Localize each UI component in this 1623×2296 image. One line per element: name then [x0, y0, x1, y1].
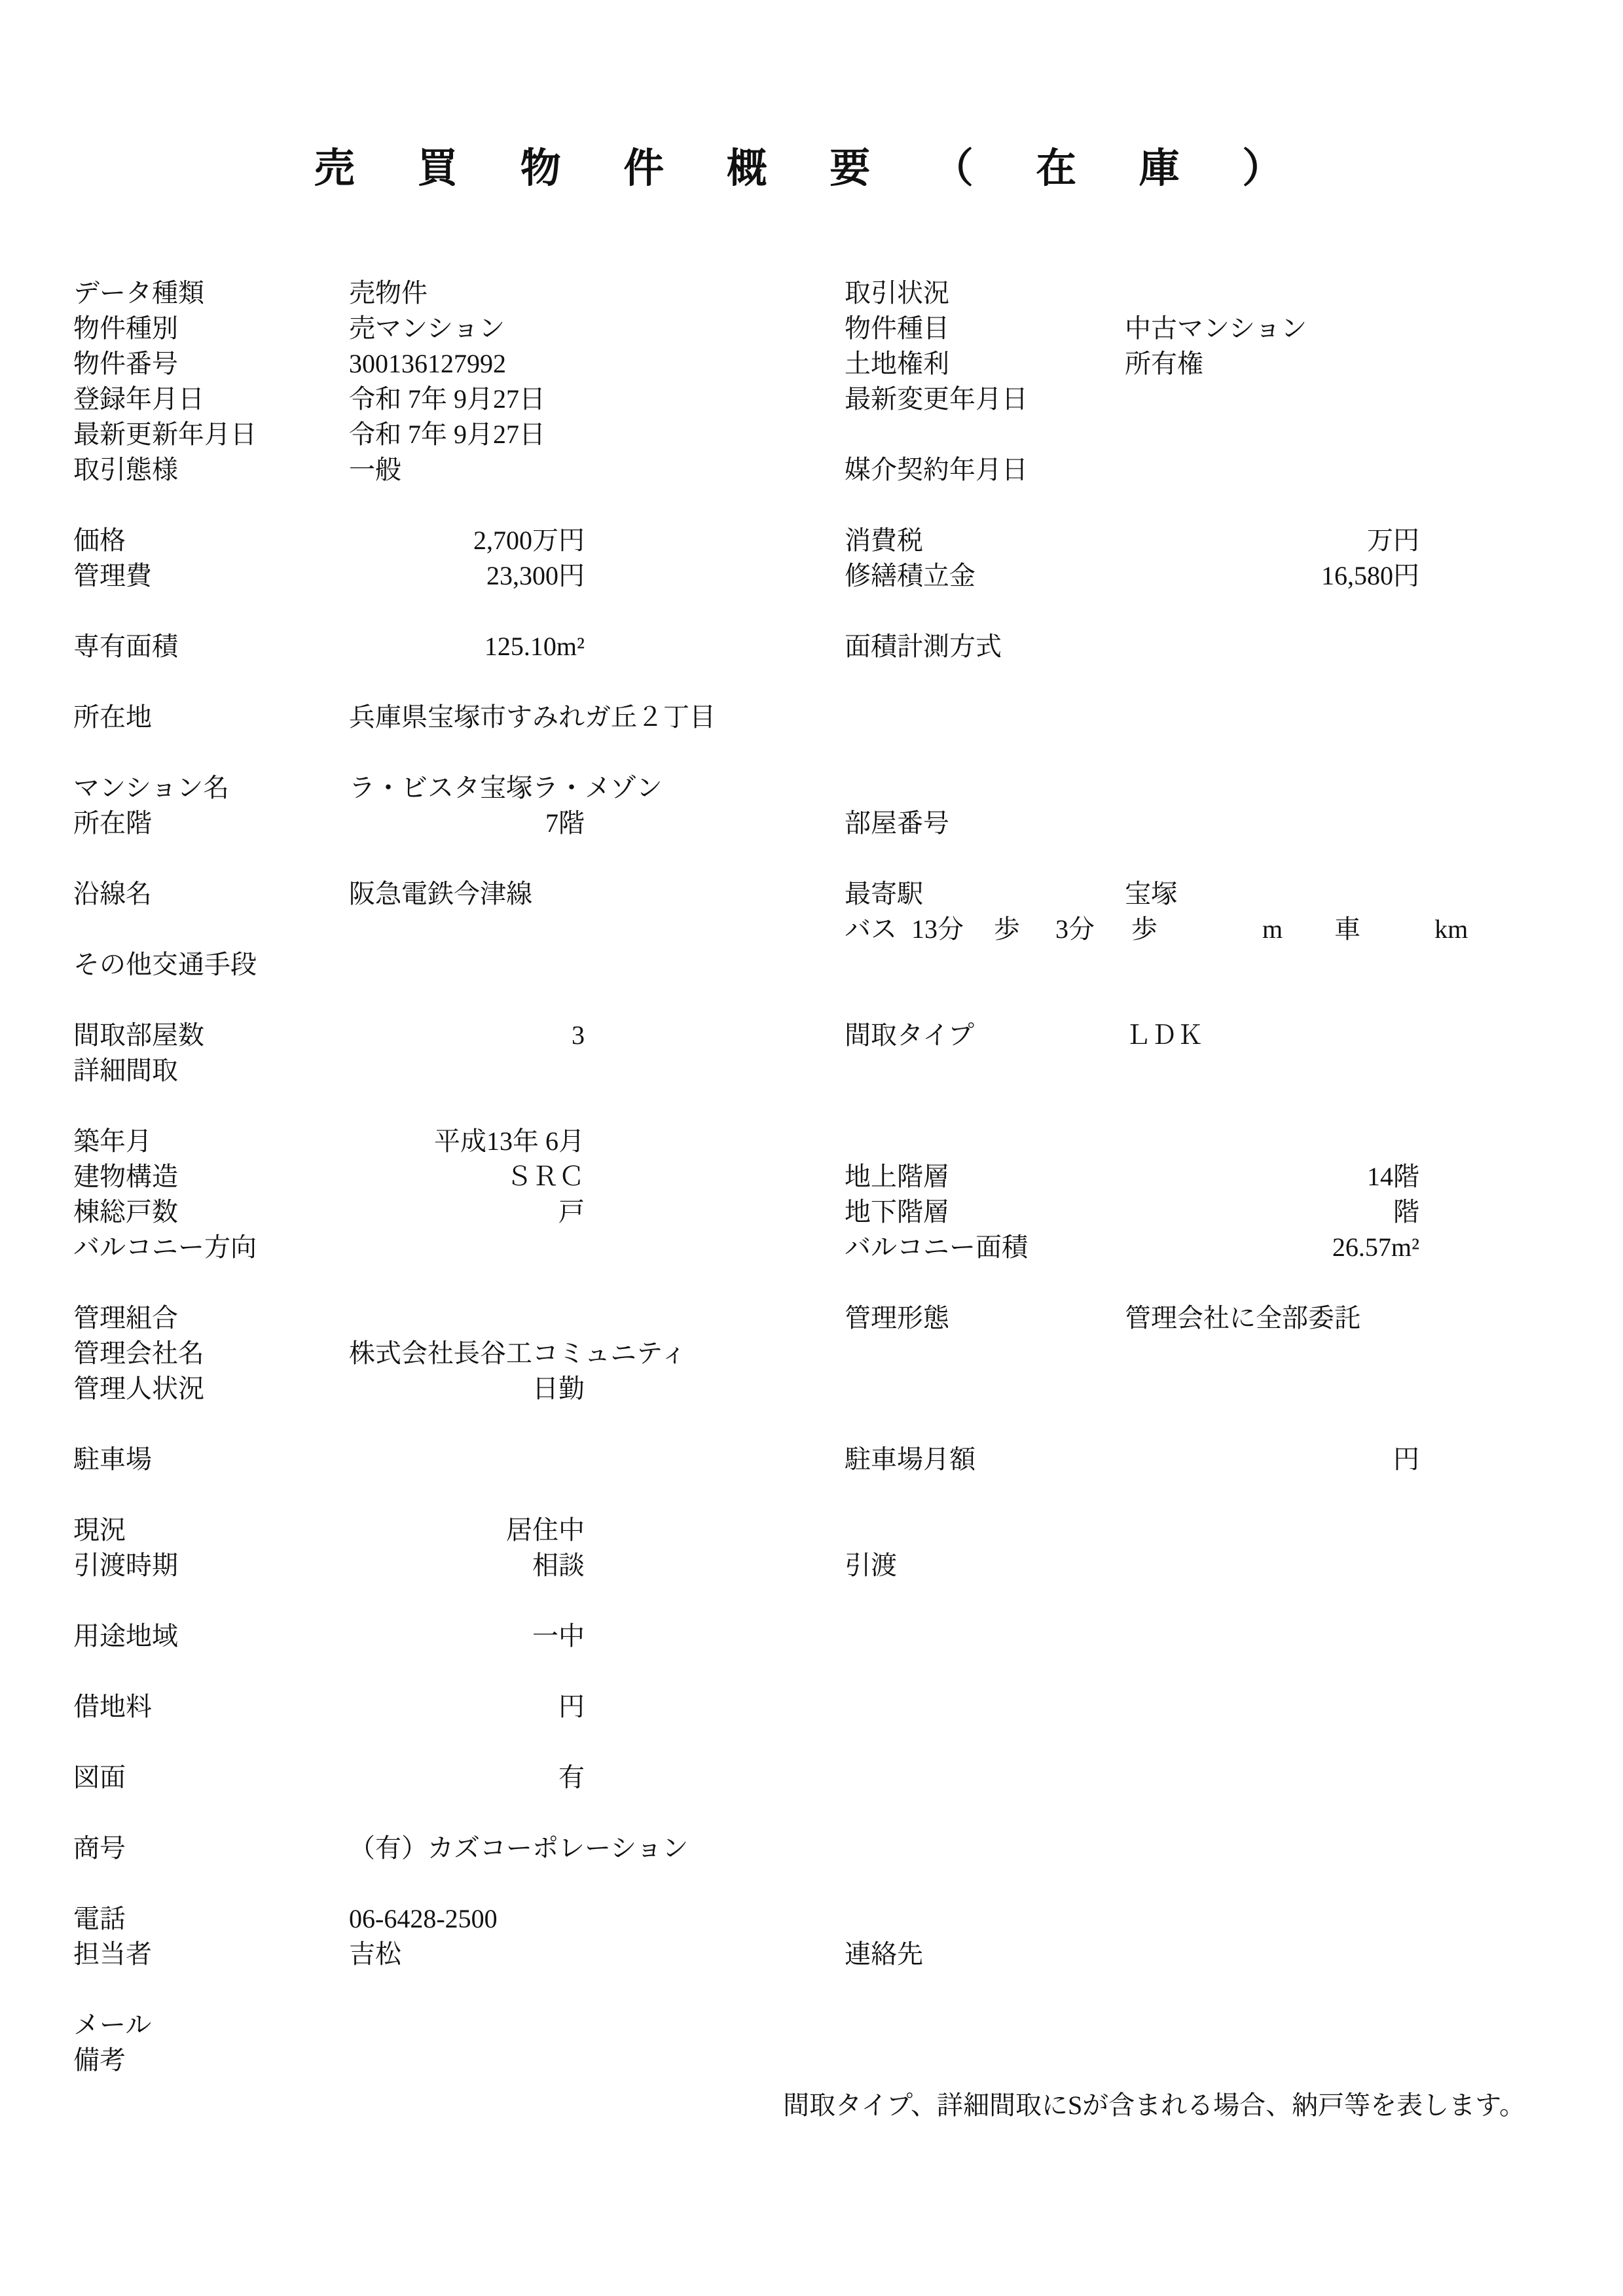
transit-item: 13分 — [911, 912, 964, 947]
field-row: メール — [0, 2007, 1623, 2043]
field-label-left: 担当者 — [73, 1937, 152, 1972]
field-row: 引渡時期相談引渡 — [0, 1548, 1623, 1583]
field-value-left: 相談 — [349, 1548, 585, 1583]
field-label-right: 駐車場月額 — [845, 1442, 976, 1477]
field-row: データ種類売物件取引状況 — [0, 276, 1623, 311]
field-row: 駐車場駐車場月額円 — [0, 1442, 1623, 1477]
field-value-left: ＳＲＣ — [349, 1159, 585, 1194]
section-gap — [0, 594, 1623, 629]
section-gap — [0, 841, 1623, 876]
field-label-right: 媒介契約年月日 — [845, 452, 1028, 488]
transit-item: 歩 — [1131, 912, 1158, 947]
section-gap — [0, 982, 1623, 1018]
field-row: その他交通手段 — [0, 947, 1623, 982]
field-row: 物件番号300136127992土地権利所有権 — [0, 346, 1623, 382]
document-page: 売 買 物 件 概 要 （ 在 庫 ） データ種類売物件取引状況物件種別売マンシ… — [0, 0, 1623, 2296]
field-label-left: 所在地 — [73, 700, 152, 735]
section-gap — [0, 1795, 1623, 1831]
field-label-left: 棟総戸数 — [73, 1194, 178, 1230]
field-label-left: 商号 — [73, 1831, 126, 1866]
field-value-right: ＬＤＫ — [1125, 1018, 1419, 1053]
field-label-left: その他交通手段 — [73, 947, 257, 982]
field-value-left: 有 — [349, 1760, 585, 1795]
field-value-left: 一中 — [349, 1619, 585, 1654]
field-row: 最新更新年月日令和 7年 9月27日 — [0, 417, 1623, 452]
field-row: 現況居住中 — [0, 1513, 1623, 1548]
field-label-left: 引渡時期 — [73, 1548, 178, 1583]
transit-item: 車 — [1334, 912, 1360, 947]
field-label-left: 物件種別 — [73, 311, 178, 346]
field-value-left: ラ・ビスタ宝塚ラ・メゾン — [349, 770, 585, 806]
section-gap — [0, 1265, 1623, 1300]
field-label-left: マンション名 — [73, 770, 229, 806]
field-value-right: 14階 — [1125, 1159, 1419, 1194]
section-gap — [0, 1407, 1623, 1442]
field-label-left: 管理組合 — [73, 1300, 178, 1336]
field-value-right: 階 — [1125, 1194, 1419, 1230]
field-row: 価格2,700万円消費税万円 — [0, 523, 1623, 558]
field-label-right: 修繕積立金 — [845, 558, 976, 594]
field-value-left: 2,700万円 — [349, 523, 585, 558]
field-row: 管理費23,300円修繕積立金16,580円 — [0, 558, 1623, 594]
page-title: 売 買 物 件 概 要 （ 在 庫 ） — [0, 135, 1623, 194]
field-row: 詳細間取 — [0, 1053, 1623, 1088]
field-label-left: メール — [73, 2007, 151, 2043]
section-gap — [0, 1725, 1623, 1760]
field-value-left: 阪急電鉄今津線 — [349, 876, 585, 912]
field-label-left: 取引態様 — [73, 452, 178, 488]
field-label-right: 地上階層 — [845, 1159, 949, 1194]
field-label-left: 管理会社名 — [73, 1336, 204, 1371]
section-gap — [0, 1088, 1623, 1124]
field-row: 取引態様一般媒介契約年月日 — [0, 452, 1623, 488]
field-row: 図面有 — [0, 1760, 1623, 1795]
field-label-right: 地下階層 — [845, 1194, 949, 1230]
field-row: バス13分歩3分歩m車km — [0, 912, 1623, 947]
field-label-left: バルコニー方向 — [73, 1230, 257, 1265]
field-label-left: 沿線名 — [73, 876, 152, 912]
field-value-left: 売マンション — [349, 311, 585, 346]
station-access-line: バス13分歩3分歩m車km — [845, 912, 1468, 947]
field-value-left: 300136127992 — [349, 346, 585, 382]
field-value-left: 兵庫県宝塚市すみれガ丘２丁目 — [349, 700, 585, 735]
field-value-left: 日勤 — [349, 1371, 585, 1407]
field-label-left: 築年月 — [73, 1124, 152, 1159]
section-gap — [0, 1583, 1623, 1619]
field-value-right: 円 — [1125, 1442, 1419, 1477]
field-value-right: 26.57m² — [1125, 1230, 1419, 1265]
field-label-left: 専有面積 — [73, 629, 178, 664]
field-label-left: 備考 — [73, 2043, 126, 2078]
field-row: 棟総戸数戸地下階層階 — [0, 1194, 1623, 1230]
field-label-right: 物件種目 — [845, 311, 949, 346]
field-row: マンション名ラ・ビスタ宝塚ラ・メゾン — [0, 770, 1623, 806]
field-label-right: 管理形態 — [845, 1300, 949, 1336]
field-value-left: 06-6428-2500 — [349, 1901, 585, 1937]
field-value-right: 16,580円 — [1125, 558, 1419, 594]
field-row: 管理人状況日勤 — [0, 1371, 1623, 1407]
field-value-left: 令和 7年 9月27日 — [349, 417, 585, 452]
transit-item: 3分 — [1055, 912, 1095, 947]
field-label-left: 価格 — [73, 523, 126, 558]
field-row: バルコニー方向バルコニー面積26.57m² — [0, 1230, 1623, 1265]
field-value-left: 吉松 — [349, 1937, 585, 1972]
field-value-left: （有）カズコーポレーション — [349, 1831, 585, 1866]
field-label-right: 引渡 — [845, 1548, 897, 1583]
field-row: 建物構造ＳＲＣ地上階層14階 — [0, 1159, 1623, 1194]
field-row: 担当者吉松連絡先 — [0, 1937, 1623, 1972]
field-label-left: 現況 — [73, 1513, 126, 1548]
field-row: 管理組合管理形態管理会社に全部委託 — [0, 1300, 1623, 1336]
field-value-right: 管理会社に全部委託 — [1125, 1300, 1419, 1336]
section-gap — [0, 1477, 1623, 1513]
field-label-left: 物件番号 — [73, 346, 178, 382]
field-value-left: 125.10m² — [349, 629, 585, 664]
field-label-left: 管理人状況 — [73, 1371, 204, 1407]
field-value-left: 一般 — [349, 452, 585, 488]
field-label-right: 連絡先 — [845, 1937, 923, 1972]
field-label-right: 消費税 — [845, 523, 923, 558]
footnote: 間取タイプ、詳細間取にSが含まれる場合、納戸等を表します。 — [0, 2088, 1525, 2123]
field-label-left: 図面 — [73, 1760, 126, 1795]
field-row: 商号（有）カズコーポレーション — [0, 1831, 1623, 1866]
field-label-left: 登録年月日 — [73, 382, 204, 417]
field-label-right: 間取タイプ — [845, 1018, 974, 1053]
field-label-left: 最新更新年月日 — [73, 417, 257, 452]
field-label-left: 建物構造 — [73, 1159, 178, 1194]
section-gap — [0, 1654, 1623, 1689]
field-label-right: 土地権利 — [845, 346, 949, 382]
field-label-left: 電話 — [73, 1901, 126, 1937]
field-value-left: 円 — [349, 1689, 585, 1725]
field-row: 所在地兵庫県宝塚市すみれガ丘２丁目 — [0, 700, 1623, 735]
field-value-left: 令和 7年 9月27日 — [349, 382, 585, 417]
field-row: 専有面積125.10m²面積計測方式 — [0, 629, 1623, 664]
field-value-right: 中古マンション — [1125, 311, 1419, 346]
field-row: 登録年月日令和 7年 9月27日最新変更年月日 — [0, 382, 1623, 417]
field-label-left: 所在階 — [73, 806, 152, 841]
field-row: 用途地域一中 — [0, 1619, 1623, 1654]
field-row: 築年月平成13年 6月 — [0, 1124, 1623, 1159]
field-value-left: 株式会社長谷工コミュニティ — [349, 1336, 585, 1371]
field-label-left: 詳細間取 — [73, 1053, 178, 1088]
page: { "page": { "background_color": "#ffffff… — [0, 0, 1623, 2296]
transit-item: m — [1262, 912, 1283, 947]
field-label-right: 取引状況 — [845, 276, 949, 311]
field-value-right: 所有権 — [1125, 346, 1419, 382]
section-gap — [0, 1866, 1623, 1901]
section-gap — [0, 664, 1623, 700]
field-label-left: データ種類 — [73, 276, 204, 311]
field-value-left: 23,300円 — [349, 558, 585, 594]
field-value-right: 宝塚 — [1125, 876, 1419, 912]
field-row: 物件種別売マンション物件種目中古マンション — [0, 311, 1623, 346]
field-row: 所在階7階部屋番号 — [0, 806, 1623, 841]
field-row: 沿線名阪急電鉄今津線最寄駅宝塚 — [0, 876, 1623, 912]
field-value-left: 売物件 — [349, 276, 585, 311]
field-label-left: 借地料 — [73, 1689, 152, 1725]
section-gap — [0, 488, 1623, 523]
transit-item: 歩 — [994, 912, 1020, 947]
field-row: 電話06-6428-2500 — [0, 1901, 1623, 1937]
section-gap — [0, 735, 1623, 770]
field-label-left: 用途地域 — [73, 1619, 178, 1654]
field-row: 借地料円 — [0, 1689, 1623, 1725]
field-value-left: 戸 — [349, 1194, 585, 1230]
field-label-right: 面積計測方式 — [845, 629, 1002, 664]
field-label-right: 最寄駅 — [845, 876, 923, 912]
transit-item: バス — [845, 912, 897, 947]
field-label-right: 最新変更年月日 — [845, 382, 1028, 417]
section-gap — [0, 1972, 1623, 2007]
field-label-left: 間取部屋数 — [73, 1018, 204, 1053]
field-value-left: 7階 — [349, 806, 585, 841]
field-value-left: 3 — [349, 1018, 585, 1053]
field-value-left: 居住中 — [349, 1513, 585, 1548]
field-label-right: 部屋番号 — [845, 806, 949, 841]
field-value-right: 万円 — [1125, 523, 1419, 558]
transit-item: km — [1434, 912, 1468, 947]
field-label-left: 管理費 — [73, 558, 152, 594]
field-row: 管理会社名株式会社長谷工コミュニティ — [0, 1336, 1623, 1371]
field-row: 間取部屋数3間取タイプＬＤＫ — [0, 1018, 1623, 1053]
fields-grid: データ種類売物件取引状況物件種別売マンション物件種目中古マンション物件番号300… — [0, 276, 1623, 2078]
field-label-right: バルコニー面積 — [845, 1230, 1028, 1265]
field-label-left: 駐車場 — [73, 1442, 152, 1477]
field-row: 備考 — [0, 2043, 1623, 2078]
field-value-left: 平成13年 6月 — [349, 1124, 585, 1159]
